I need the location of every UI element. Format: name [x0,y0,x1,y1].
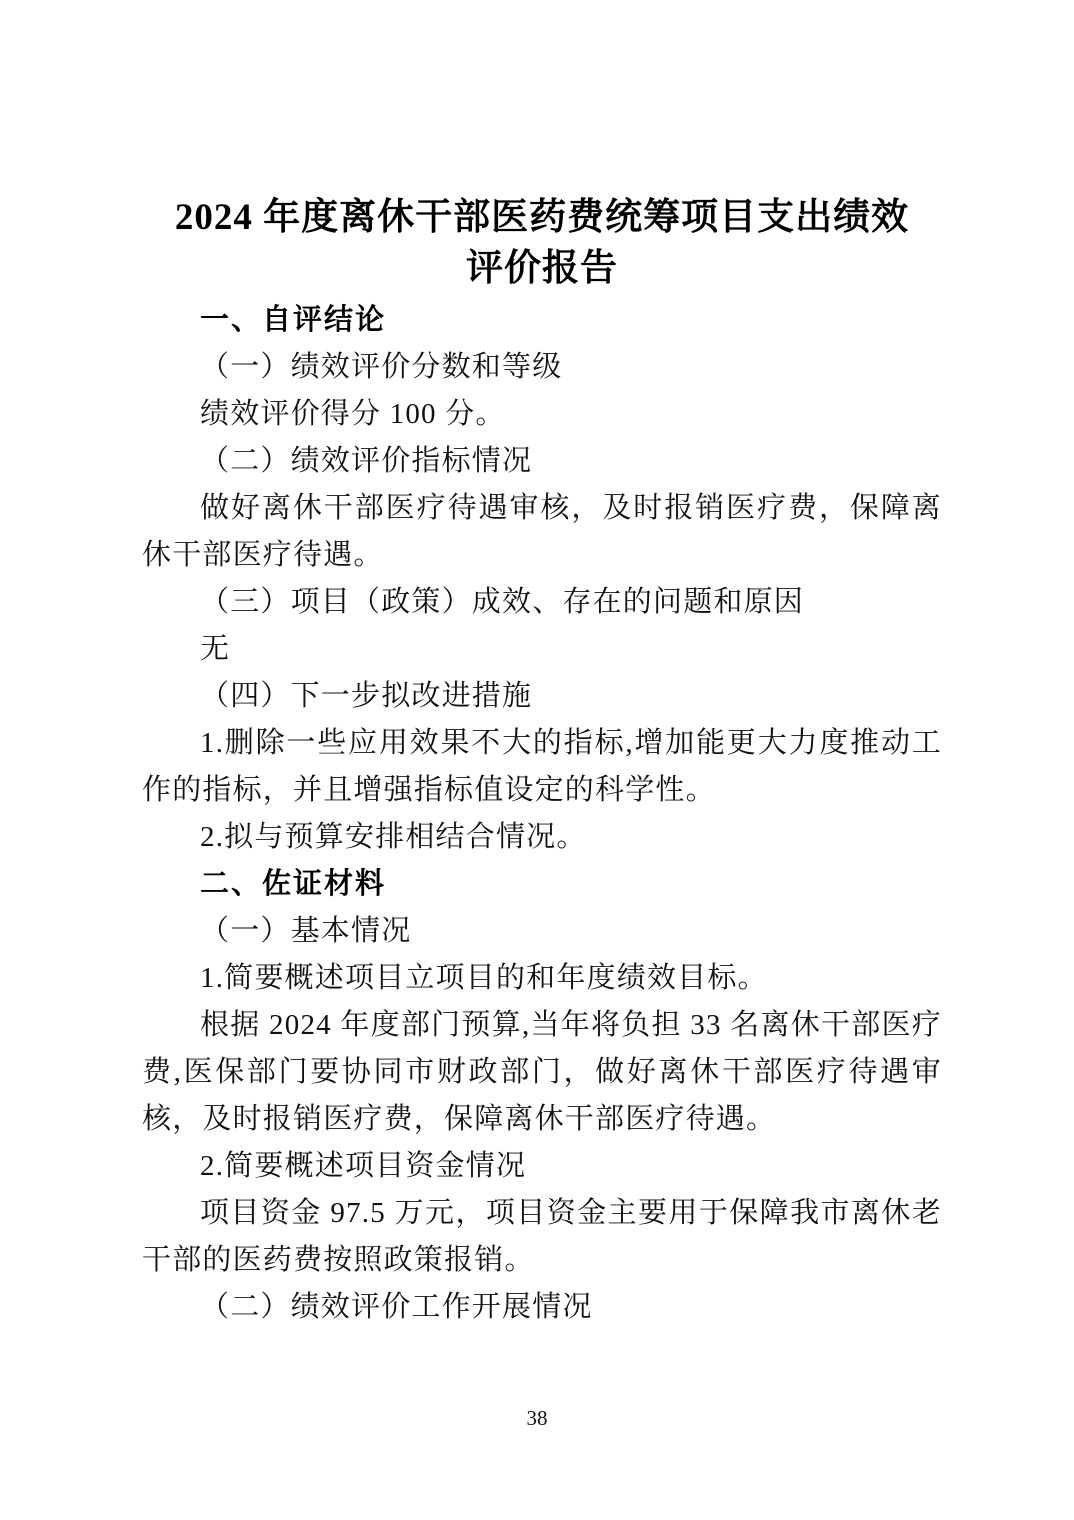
sub-heading-basic-situation: （一）基本情况 [142,908,942,955]
document-title: 2024 年度离休干部医药费统筹项目支出绩效评价报告 [142,192,942,294]
section-heading-supporting-materials: 二、佐证材料 [142,861,942,908]
paragraph-score: 绩效评价得分 100 分。 [142,391,942,438]
document-body: 2024 年度离休干部医药费统筹项目支出绩效评价报告 一、自评结论 （一）绩效评… [142,192,942,1331]
paragraph-indicator-status: 做好离休干部医疗待遇审核，及时报销医疗费，保障离休干部医疗待遇。 [142,485,942,579]
paragraph-project-goal-detail: 根据 2024 年度部门预算,当年将负担 33 名离休干部医疗费,医保部门要协同… [142,1002,942,1143]
section-heading-self-evaluation: 一、自评结论 [142,297,942,344]
sub-heading-indicator-status: （二）绩效评价指标情况 [142,438,942,485]
paragraph-measure-2: 2.拟与预算安排相结合情况。 [142,814,942,861]
paragraph-measure-1: 1.删除一些应用效果不大的指标,增加能更大力度推动工作的指标，并且增强指标值设定… [142,720,942,814]
paragraph-funding-detail: 项目资金 97.5 万元，项目资金主要用于保障我市离休老干部的医药费按照政策报销… [142,1190,942,1284]
paragraph-none: 无 [142,626,942,673]
sub-heading-problems-and-causes: （三）项目（政策）成效、存在的问题和原因 [142,579,942,626]
sub-heading-improvement-measures: （四）下一步拟改进措施 [142,673,942,720]
page-number: 38 [0,1406,1074,1431]
paragraph-funding-intro: 2.简要概述项目资金情况 [142,1143,942,1190]
sub-heading-score-and-grade: （一）绩效评价分数和等级 [142,344,942,391]
document-title-line-2: 评价报告 [466,248,618,289]
sub-heading-evaluation-work: （二）绩效评价工作开展情况 [142,1284,942,1331]
paragraph-project-goal-intro: 1.简要概述项目立项目的和年度绩效目标。 [142,955,942,1002]
document-page: 2024 年度离休干部医药费统筹项目支出绩效评价报告 一、自评结论 （一）绩效评… [0,0,1074,1520]
document-title-line-1: 2024 年度离休干部医药费统筹项目支出绩效 [175,197,909,238]
